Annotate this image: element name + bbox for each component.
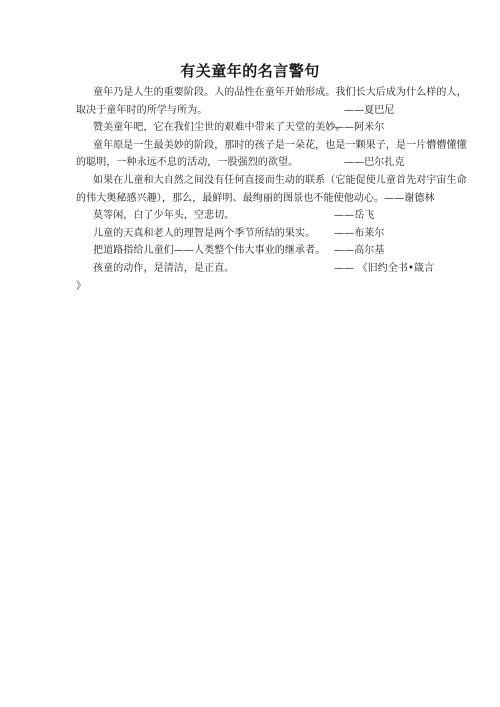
quote-line: 把道路指给儿童们——人类整个伟大事业的继承者。——高尔基 <box>76 242 420 260</box>
quote-line: 儿童的天真和老人的理智是两个季节所结的果实。——布莱尔 <box>76 225 420 243</box>
quote-author: ——高尔基 <box>334 242 385 260</box>
quote-line: 如果在儿童和大自然之间没有任何直接而生动的联系（它能促使儿童首先对宇宙生命 <box>76 172 420 190</box>
quote-text: 的聪明，一种永远不息的活动，一股强烈的欲望。 <box>76 154 298 172</box>
quote-author: ——巴尔扎克 <box>344 154 405 172</box>
quote-text: 赞美童年吧，它在我们尘世的艰难中带来了天堂的美妙。 <box>93 119 346 137</box>
quote-text: 童年乃是人生的重要阶段。人的品性在童年开始形成。我们长大后成为什么样的人， <box>93 84 467 102</box>
quote-text: 儿童的天真和老人的理智是两个季节所结的果实。 <box>93 225 315 243</box>
quote-text: 莫等闲，白了少年头，空悲切。 <box>93 207 234 225</box>
quote-line: 》 <box>76 278 420 296</box>
quote-line: 孩童的动作，是清洁，是正直。—— 《旧约全书•箴言 <box>76 260 420 278</box>
quote-line: 莫等闲，白了少年头，空悲切。——岳飞 <box>76 207 420 225</box>
quote-author: ——阿米尔 <box>334 119 385 137</box>
quote-text: 孩童的动作，是清洁，是正直。 <box>93 260 234 278</box>
quote-text: 如果在儿童和大自然之间没有任何直接而生动的联系（它能促使儿童首先对宇宙生命 <box>93 172 467 190</box>
quote-text: 童年原是一生最美妙的阶段，那时的孩子是一朵花，也是一颗果子，是一片懵懵懂懂 <box>93 137 467 155</box>
quote-author: ——布莱尔 <box>334 225 385 243</box>
quote-text: 》 <box>76 278 86 296</box>
quote-author: —— 《旧约全书•箴言 <box>334 260 434 278</box>
document-title: 有关童年的名言警句 <box>0 60 500 81</box>
quote-line: 赞美童年吧，它在我们尘世的艰难中带来了天堂的美妙。——阿米尔 <box>76 119 420 137</box>
quote-text: 的伟大奥秘感兴趣），那么，最鲜明、最绚丽的图景也不能使他动心。——谢德林 <box>76 190 435 208</box>
quote-author: ——岳飞 <box>334 207 374 225</box>
quote-line: 的伟大奥秘感兴趣），那么，最鲜明、最绚丽的图景也不能使他动心。——谢德林 <box>76 190 420 208</box>
quote-text: 取决于童年时的所学与所为。 <box>76 102 207 120</box>
quote-author: ——夏巴尼 <box>344 102 395 120</box>
document-body: 童年乃是人生的重要阶段。人的品性在童年开始形成。我们长大后成为什么样的人，取决于… <box>76 84 420 295</box>
quote-text: 把道路指给儿童们——人类整个伟大事业的继承者。 <box>93 242 325 260</box>
quote-line: 童年原是一生最美妙的阶段，那时的孩子是一朵花，也是一颗果子，是一片懵懵懂懂 <box>76 137 420 155</box>
quote-line: 取决于童年时的所学与所为。——夏巴尼 <box>76 102 420 120</box>
quote-line: 的聪明，一种永远不息的活动，一股强烈的欲望。——巴尔扎克 <box>76 154 420 172</box>
quote-line: 童年乃是人生的重要阶段。人的品性在童年开始形成。我们长大后成为什么样的人， <box>76 84 420 102</box>
